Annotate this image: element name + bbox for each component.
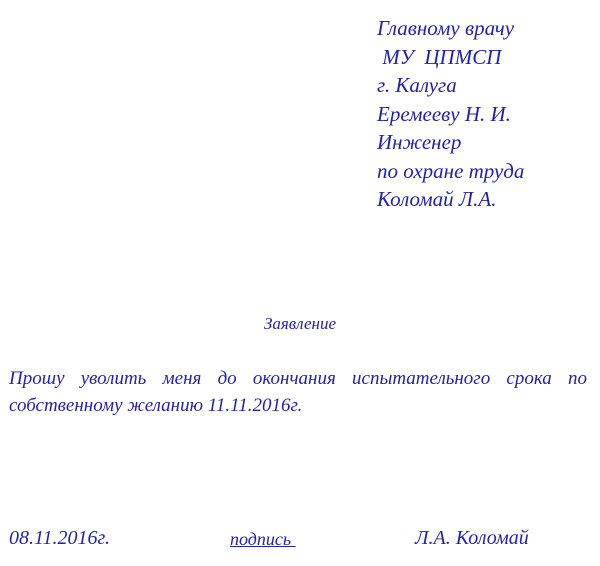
document-title: Заявление <box>0 314 600 334</box>
document-body: Прошу уволить меня до окончания испытате… <box>9 365 587 419</box>
addressee-line: Коломай Л.А. <box>377 185 524 214</box>
addressee-line: Инженер <box>377 128 524 157</box>
addressee-line: г. Калуга <box>377 71 524 100</box>
addressee-line: по охране труда <box>377 157 524 186</box>
addressee-line: Еремееву Н. И. <box>377 100 524 129</box>
signer-name: Л.А. Коломай <box>415 527 529 550</box>
document-date: 08.11.2016г. <box>9 527 110 550</box>
signature-label: подпись <box>230 529 296 550</box>
addressee-line: МУ ЦПМСП <box>377 43 524 72</box>
addressee-block: Главному врачу МУ ЦПМСП г. Калуга Еремее… <box>377 14 524 214</box>
addressee-line: Главному врачу <box>377 14 524 43</box>
